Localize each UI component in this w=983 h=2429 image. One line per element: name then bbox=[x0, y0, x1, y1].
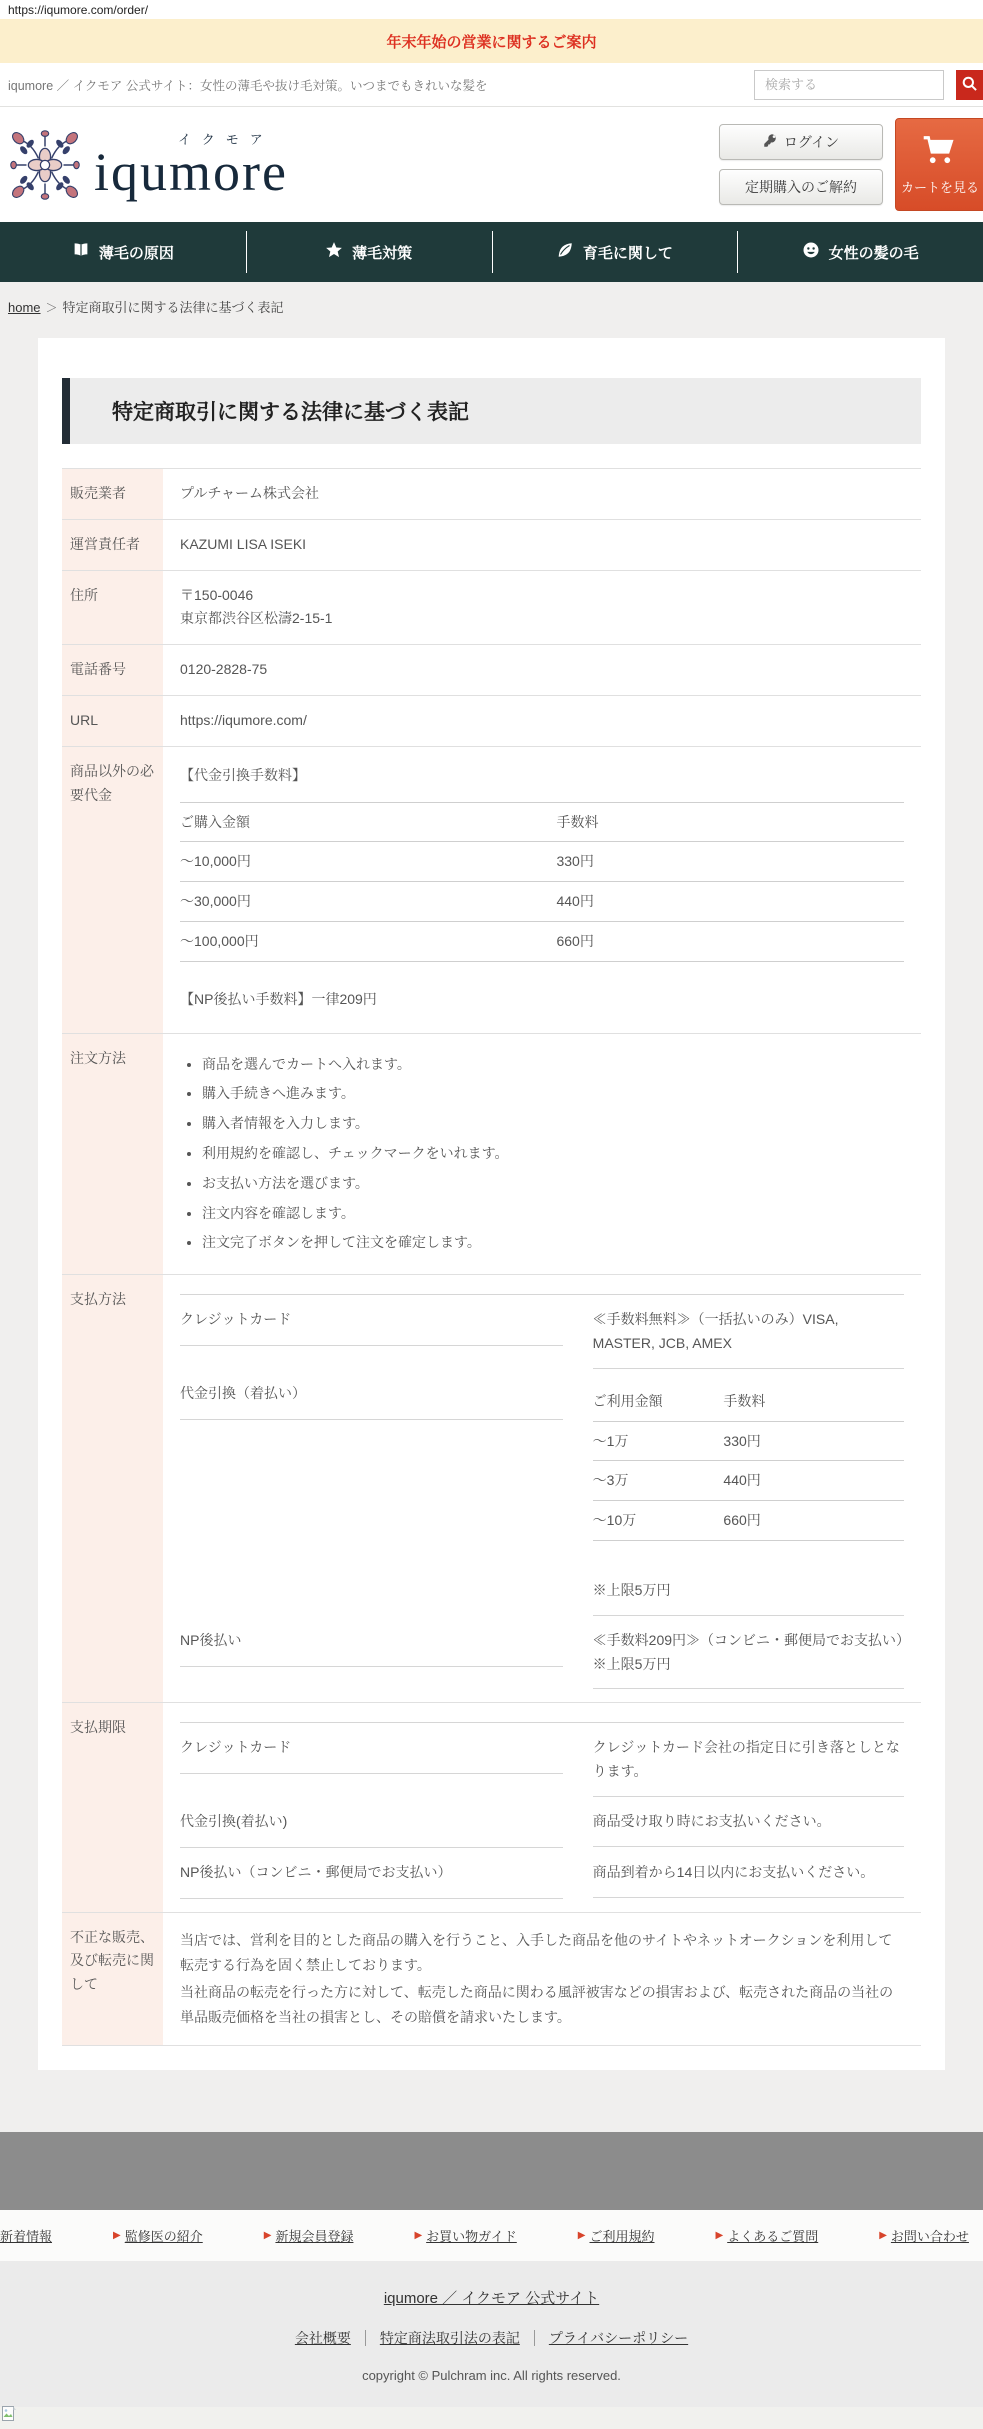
order-step: 注文完了ボタンを押して注文を確定します。 bbox=[202, 1231, 904, 1255]
divider bbox=[534, 2330, 535, 2346]
address-line: 〒150-0046 bbox=[180, 584, 904, 608]
fee-table-row: ～3万 440円 bbox=[593, 1461, 904, 1501]
payment-deadline-detail: 商品到着から14日以内にお支払いください。 bbox=[593, 1848, 904, 1898]
arrow-right-icon: ▶ bbox=[578, 2230, 586, 2241]
key-icon bbox=[763, 133, 778, 151]
payment-method-detail: ご利用金額 手数料 ～1万 330円 bbox=[593, 1369, 904, 1616]
footer-link-label: ご利用規約 bbox=[589, 2226, 654, 2245]
search-input[interactable] bbox=[754, 70, 944, 100]
breadcrumb-current: 特定商取引に関する法律に基づく表記 bbox=[63, 300, 284, 315]
row-value: クレジットカード ≪手数料無料≫（一括払いのみ）VISA, MASTER, JC… bbox=[163, 1275, 921, 1702]
footer-link-label: お買い物ガイド bbox=[426, 2226, 517, 2245]
arrow-right-icon: ▶ bbox=[879, 2230, 887, 2241]
fee-value: 330円 bbox=[723, 1421, 904, 1461]
table-row: 販売業者 プルチャーム株式会社 bbox=[62, 469, 921, 520]
footer-link-doctors[interactable]: ▶ 監修医の紹介 bbox=[113, 2226, 203, 2245]
resale-paragraph: 当社商品の転売を行った方に対して、転売した商品に関わる風評被害などの損害および、… bbox=[180, 1980, 904, 2030]
row-value: プルチャーム株式会社 bbox=[163, 469, 921, 519]
fee-amount: ～100,000円 bbox=[180, 921, 556, 961]
login-button-label: ログイン bbox=[784, 132, 839, 152]
fee-table-header: 手数料 bbox=[556, 802, 904, 842]
nav-item-label: 薄毛対策 bbox=[352, 242, 412, 263]
site-logo[interactable]: イクモア iqumore bbox=[8, 128, 288, 202]
order-steps-list: 商品を選んでカートへ入れます。 購入手続きへ進みます。 購入者情報を入力します。… bbox=[184, 1053, 904, 1256]
footer-link-label: お問い合わせ bbox=[891, 2226, 969, 2245]
payment-method-name: NP後払い（コンビニ・郵便局でお支払い） bbox=[180, 1848, 563, 1899]
order-step: 注文内容を確認します。 bbox=[202, 1202, 904, 1226]
browser-url-text: https://iqumore.com/order/ bbox=[0, 0, 983, 19]
row-label: 電話番号 bbox=[62, 645, 163, 695]
fee-amount: ～1万 bbox=[593, 1421, 724, 1461]
row-label: 運営責任者 bbox=[62, 520, 163, 570]
footer-link-label: 新規会員登録 bbox=[275, 2226, 353, 2245]
gray-banner-band bbox=[0, 2132, 983, 2210]
arrow-right-icon: ▶ bbox=[716, 2230, 724, 2241]
row-value: https://iqumore.com/ bbox=[163, 696, 921, 746]
nav-item-label: 女性の髪の毛 bbox=[829, 242, 919, 263]
floral-emblem-icon bbox=[8, 128, 82, 202]
breadcrumb-home-link[interactable]: home bbox=[8, 300, 41, 315]
fee-cap-note: ※上限5万円 bbox=[593, 1579, 904, 1603]
order-step: 利用規約を確認し、チェックマークをいれます。 bbox=[202, 1142, 904, 1166]
leaf-icon bbox=[556, 241, 574, 263]
header-buttons: ログイン 定期購入のご解約 カートを見る bbox=[719, 118, 983, 211]
table-row-payment-deadline: 支払期限 クレジットカード クレジットカード会社の指定日に引き落としとなります。… bbox=[62, 1703, 921, 1912]
row-label: 商品以外の必要代金 bbox=[62, 747, 163, 1033]
nav-item-hair-growth[interactable]: 育毛に関して bbox=[492, 222, 738, 282]
order-step: 商品を選んでカートへ入れます。 bbox=[202, 1053, 904, 1077]
fee-amount: ～10万 bbox=[593, 1501, 724, 1541]
row-label: 住所 bbox=[62, 571, 163, 645]
logo-wordmark: iqumore bbox=[94, 144, 288, 201]
row-label: 注文方法 bbox=[62, 1034, 163, 1275]
table-row-extra-fees: 商品以外の必要代金 【代金引換手数料】 ご購入金額 手数料 ～10,000円 bbox=[62, 747, 921, 1034]
legal-info-table: 販売業者 プルチャーム株式会社 運営責任者 KAZUMI LISA ISEKI … bbox=[62, 468, 921, 2046]
payment-method-detail: ≪手数料無料≫（一括払いのみ）VISA, MASTER, JCB, AMEX bbox=[593, 1295, 904, 1369]
fee-table-row: ～100,000円 660円 bbox=[180, 921, 904, 961]
payment-deadline-grid: クレジットカード クレジットカード会社の指定日に引き落としとなります。 代金引換… bbox=[180, 1722, 904, 1898]
table-row-resale: 不正な販売、及び転売に関して 当店では、営利を目的とした商品の購入を行うこと、入… bbox=[62, 1913, 921, 2047]
main-nav: 薄毛の原因 薄毛対策 育毛に関して 女性の髪の毛 bbox=[0, 222, 983, 282]
nav-item-hairloss-care[interactable]: 薄毛対策 bbox=[246, 222, 492, 282]
cod-fee-title: 【代金引換手数料】 bbox=[180, 764, 904, 788]
nav-item-label: 薄毛の原因 bbox=[99, 242, 174, 263]
fee-value: 330円 bbox=[556, 842, 904, 882]
fee-table-header: 手数料 bbox=[723, 1382, 904, 1421]
table-row-payment-method: 支払方法 クレジットカード ≪手数料無料≫（一括払いのみ）VISA, MASTE… bbox=[62, 1275, 921, 1703]
breadcrumb: home＞特定商取引に関する法律に基づく表記 bbox=[0, 282, 983, 324]
broken-image-icon bbox=[2, 2406, 16, 2427]
login-button[interactable]: ログイン bbox=[719, 124, 883, 160]
footer-link-label: 新着情報 bbox=[0, 2226, 52, 2245]
bottom-strip bbox=[0, 2407, 983, 2429]
main-card: 特定商取引に関する法律に基づく表記 販売業者 プルチャーム株式会社 運営責任者 … bbox=[38, 338, 945, 2070]
footer-link-contact[interactable]: ▶ お問い合わせ bbox=[879, 2226, 969, 2245]
table-row: URL https://iqumore.com/ bbox=[62, 696, 921, 747]
footer-link-label: 監修医の紹介 bbox=[125, 2226, 203, 2245]
fee-table-row: ～10万 660円 bbox=[593, 1501, 904, 1541]
row-value: 当店では、営利を目的とした商品の購入を行うこと、入手した商品を他のサイトやネット… bbox=[163, 1913, 921, 2046]
notice-banner-link[interactable]: 年末年始の営業に関するご案内 bbox=[386, 31, 596, 52]
row-value: 〒150-0046 東京都渋谷区松濤2-15-1 bbox=[163, 571, 921, 645]
fee-value: 660円 bbox=[556, 921, 904, 961]
fee-value: 440円 bbox=[723, 1461, 904, 1501]
fee-table-row: ～1万 330円 bbox=[593, 1421, 904, 1461]
footer-site-link[interactable]: iqumore ／ イクモア 公式サイト bbox=[384, 2287, 599, 2308]
footer-link-legal-notice[interactable]: 特定商法取引法の表記 bbox=[380, 2328, 520, 2348]
resale-paragraph: 当店では、営利を目的とした商品の購入を行うこと、入手した商品を他のサイトやネット… bbox=[180, 1928, 904, 1978]
row-value: 【代金引換手数料】 ご購入金額 手数料 ～10,000円 330円 bbox=[163, 747, 921, 1033]
footer-link-company[interactable]: 会社概要 bbox=[295, 2328, 351, 2348]
fee-amount: ～3万 bbox=[593, 1461, 724, 1501]
fee-amount: ～10,000円 bbox=[180, 842, 556, 882]
payment-method-name: クレジットカード bbox=[180, 1723, 563, 1774]
cart-button-label: カートを見る bbox=[901, 177, 979, 196]
cart-button[interactable]: カートを見る bbox=[895, 118, 983, 211]
table-row: 運営責任者 KAZUMI LISA ISEKI bbox=[62, 520, 921, 571]
footer-link-register[interactable]: ▶ 新規会員登録 bbox=[264, 2226, 354, 2245]
smiley-icon bbox=[802, 241, 820, 263]
fee-amount: ～30,000円 bbox=[180, 882, 556, 922]
order-step: 購入者情報を入力します。 bbox=[202, 1112, 904, 1136]
footer-link-news[interactable]: 新着情報 bbox=[0, 2226, 52, 2245]
payment-method-name: クレジットカード bbox=[180, 1295, 563, 1346]
footer-link-privacy[interactable]: プライバシーポリシー bbox=[549, 2328, 688, 2348]
site-footer: iqumore ／ イクモア 公式サイト 会社概要 特定商法取引法の表記 プライ… bbox=[0, 2261, 983, 2407]
row-label: 不正な販売、及び転売に関して bbox=[62, 1913, 163, 2046]
np-fee-note: 【NP後払い手数料】一律209円 bbox=[180, 988, 904, 1012]
page-title: 特定商取引に関する法律に基づく表記 bbox=[62, 378, 921, 444]
header: イクモア iqumore ログイン 定期購入のご解約 カートを見る bbox=[0, 107, 983, 222]
row-label: URL bbox=[62, 696, 163, 746]
fee-table-row: ～10,000円 330円 bbox=[180, 842, 904, 882]
nav-item-hairloss-cause[interactable]: 薄毛の原因 bbox=[0, 222, 246, 282]
arrow-right-icon: ▶ bbox=[264, 2230, 272, 2241]
nav-item-womens-hair[interactable]: 女性の髪の毛 bbox=[737, 222, 983, 282]
row-value: 商品を選んでカートへ入れます。 購入手続きへ進みます。 購入者情報を入力します。… bbox=[163, 1034, 921, 1275]
divider bbox=[365, 2330, 366, 2346]
notice-banner: 年末年始の営業に関するご案内 bbox=[0, 19, 983, 63]
cancel-subscription-button[interactable]: 定期購入のご解約 bbox=[719, 169, 883, 205]
book-icon bbox=[72, 241, 90, 263]
tagline-row: iqumore ／ イクモア 公式サイト：女性の薄毛や抜け毛対策。いつまでもきれ… bbox=[0, 63, 983, 107]
fee-value: 440円 bbox=[556, 882, 904, 922]
fee-table-header: ご購入金額 bbox=[180, 802, 556, 842]
row-label: 支払期限 bbox=[62, 1703, 163, 1911]
copyright-text: copyright © Pulchram inc. All rights res… bbox=[0, 2368, 983, 2383]
row-label: 支払方法 bbox=[62, 1275, 163, 1702]
wordmark-block: イクモア iqumore bbox=[94, 129, 288, 201]
row-value: クレジットカード クレジットカード会社の指定日に引き落としとなります。 代金引換… bbox=[163, 1703, 921, 1911]
footer-link-label: よくあるご質問 bbox=[727, 2226, 818, 2245]
footer-links: 新着情報 ▶ 監修医の紹介 ▶ 新規会員登録 ▶ お買い物ガイド ▶ ご利用規約… bbox=[0, 2210, 983, 2261]
payment-deadline-detail: クレジットカード会社の指定日に引き落としとなります。 bbox=[593, 1723, 904, 1797]
payment-method-name: NP後払い bbox=[180, 1616, 563, 1667]
cancel-subscription-label: 定期購入のご解約 bbox=[745, 177, 857, 197]
arrow-right-icon: ▶ bbox=[113, 2230, 121, 2241]
cod-fee-table: ご購入金額 手数料 ～10,000円 330円 ～30,000円 4 bbox=[180, 802, 904, 962]
payment-deadline-detail: 商品受け取り時にお支払いください。 bbox=[593, 1797, 904, 1847]
payment-method-detail: ≪手数料209円≫（コンビニ・郵便局でお支払い）※上限5万円 bbox=[593, 1616, 904, 1690]
footer-link-guide[interactable]: ▶ お買い物ガイド bbox=[414, 2226, 516, 2245]
row-label: 販売業者 bbox=[62, 469, 163, 519]
footer-link-terms[interactable]: ▶ ご利用規約 bbox=[578, 2226, 655, 2245]
footer-legal-links: 会社概要 特定商法取引法の表記 プライバシーポリシー bbox=[0, 2328, 983, 2348]
payment-method-name: 代金引換(着払い) bbox=[180, 1797, 563, 1848]
breadcrumb-separator-icon: ＞ bbox=[46, 301, 58, 315]
address-line: 東京都渋谷区松濤2-15-1 bbox=[180, 607, 904, 631]
star-icon bbox=[325, 241, 343, 263]
search-box bbox=[754, 70, 983, 100]
table-row-order-method: 注文方法 商品を選んでカートへ入れます。 購入手続きへ進みます。 購入者情報を入… bbox=[62, 1034, 921, 1276]
table-row: 住所 〒150-0046 東京都渋谷区松濤2-15-1 bbox=[62, 571, 921, 646]
cart-icon bbox=[922, 134, 958, 169]
fee-table-header: ご利用金額 bbox=[593, 1382, 724, 1421]
nav-item-label: 育毛に関して bbox=[583, 242, 673, 263]
order-step: 購入手続きへ進みます。 bbox=[202, 1082, 904, 1106]
search-button[interactable] bbox=[956, 70, 983, 100]
cod-usage-fee-table: ご利用金額 手数料 ～1万 330円 bbox=[593, 1382, 904, 1541]
table-row: 電話番号 0120-2828-75 bbox=[62, 645, 921, 696]
row-value: KAZUMI LISA ISEKI bbox=[163, 520, 921, 570]
footer-link-faq[interactable]: ▶ よくあるご質問 bbox=[716, 2226, 819, 2245]
payment-method-grid: クレジットカード ≪手数料無料≫（一括払いのみ）VISA, MASTER, JC… bbox=[180, 1294, 904, 1689]
site-tagline: iqumore ／ イクモア 公式サイト：女性の薄毛や抜け毛対策。いつまでもきれ… bbox=[8, 76, 487, 94]
arrow-right-icon: ▶ bbox=[414, 2230, 422, 2241]
fee-value: 660円 bbox=[723, 1501, 904, 1541]
fee-table-row: ～30,000円 440円 bbox=[180, 882, 904, 922]
order-step: お支払い方法を選びます。 bbox=[202, 1172, 904, 1196]
payment-method-name: 代金引換（着払い） bbox=[180, 1369, 563, 1420]
search-icon bbox=[961, 75, 978, 95]
row-value: 0120-2828-75 bbox=[163, 645, 921, 695]
